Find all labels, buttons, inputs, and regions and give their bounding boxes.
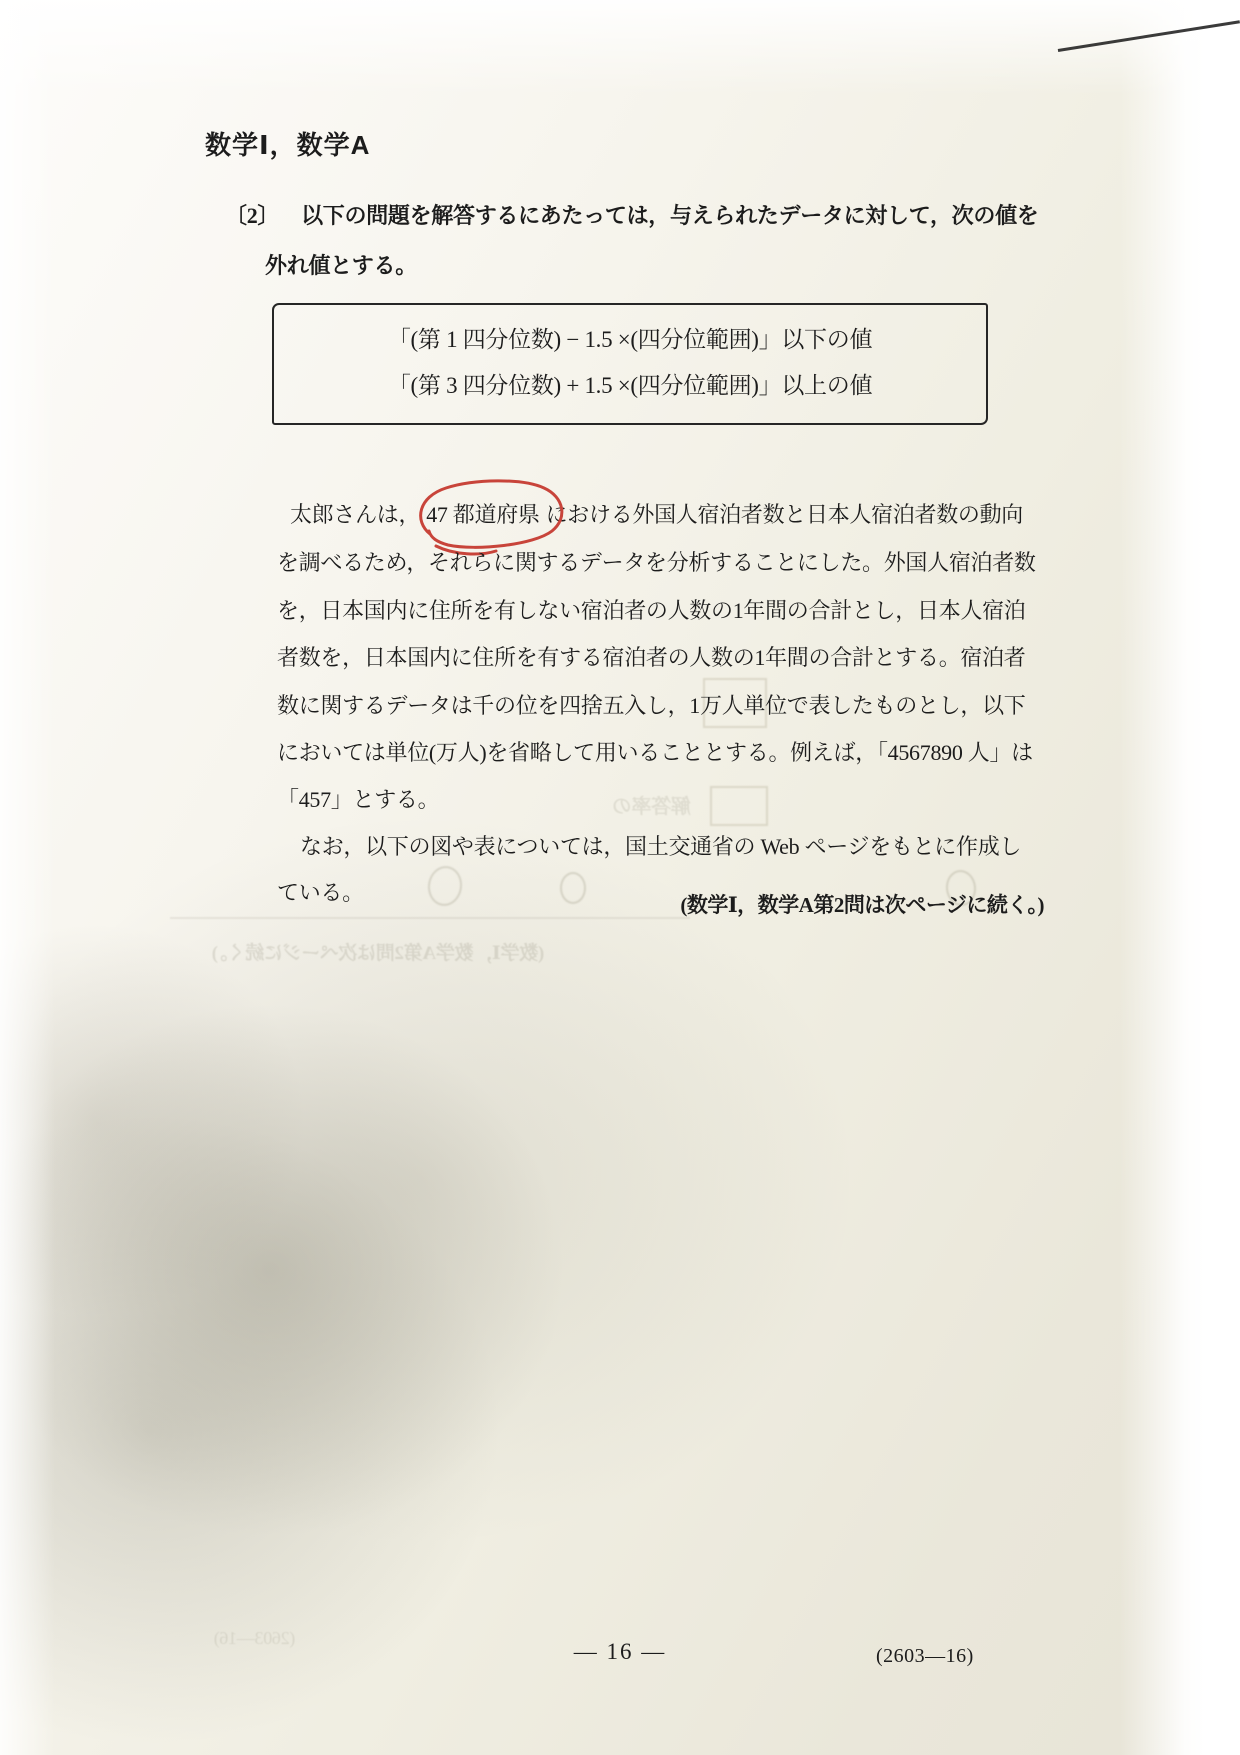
bleedthrough-box [710, 786, 768, 826]
continuation-note: (数学Ⅰ，数学A第2問は次ページに続く。) [680, 889, 1044, 919]
body-line1-circled-text: 47 都道府県 [426, 502, 539, 527]
exam-page: (数学Ⅰ，数学A第2問は次ページに続く。) 解答率の (2603—16) 数学Ⅰ… [0, 0, 1240, 1755]
circled-phrase: 47 都道府県 [420, 498, 545, 529]
body-line-4: 者数を，日本国内に住所を有する宿泊者の人数の1年間の合計とする。宿泊者 [277, 641, 1026, 672]
body-line-9: ている。 [277, 876, 364, 907]
document-code: (2603—16) [876, 1645, 974, 1668]
page-number: — 16 — [0, 1639, 1240, 1665]
body-line-3: を，日本国内に住所を有しない宿泊者の人数の1年間の合計とし，日本人宿泊 [277, 594, 1026, 625]
body-line-1: 太郎さんは，47 都道府県における外国人宿泊者数と日本人宿泊者数の動向 [290, 498, 1023, 529]
page-title: 数学Ⅰ，数学A [205, 125, 370, 162]
bleedthrough-mirrored-note: (数学Ⅰ，数学A第2問は次ページに続く。) [212, 938, 544, 965]
outlier-definition-box: 「(第 1 四分位数) − 1.5 ×(四分位範囲)」以下の値 「(第 3 四分… [272, 303, 988, 425]
body-line-2: を調べるため，それらに関するデータを分析することにした。外国人宿泊者数 [277, 546, 1036, 577]
outlier-rule-upper: 「(第 3 四分位数) + 1.5 ×(四分位範囲)」以上の値 [274, 363, 986, 409]
scan-corner-mark [1058, 20, 1240, 52]
bleedthrough-circle [560, 872, 586, 904]
problem-intro-line1: 〔2〕以下の問題を解答するにあたっては，与えられたデータに対して，次の値を [225, 199, 1038, 230]
problem-intro-text: 以下の問題を解答するにあたっては，与えられたデータに対して，次の値を [301, 203, 1038, 228]
bleedthrough-circle [425, 864, 464, 908]
outlier-rule-lower: 「(第 1 四分位数) − 1.5 ×(四分位範囲)」以下の値 [274, 317, 986, 363]
scan-stain-overlay [0, 0, 1240, 1755]
body-line1-post: における外国人宿泊者数と日本人宿泊者数の動向 [546, 502, 1023, 527]
body-line-7: 「457」とする。 [277, 783, 439, 814]
body-line-8: なお，以下の図や表については，国土交通省の Web ページをもとに作成し [300, 830, 1021, 861]
problem-intro-line2: 外れ値とする。 [265, 249, 417, 280]
bleedthrough-mirrored-label: 解答率の [612, 790, 691, 819]
body-line-6: においては単位(万人)を省略して用いることとする。例えば，「4567890 人」… [277, 736, 1033, 767]
body-line-5: 数に関するデータは千の位を四捨五入し，1万人単位で表したものとし，以下 [277, 689, 1026, 720]
bleedthrough-streak [170, 917, 690, 919]
problem-number-label: 〔2〕 [225, 199, 279, 230]
body-line1-pre: 太郎さんは， [290, 502, 420, 527]
